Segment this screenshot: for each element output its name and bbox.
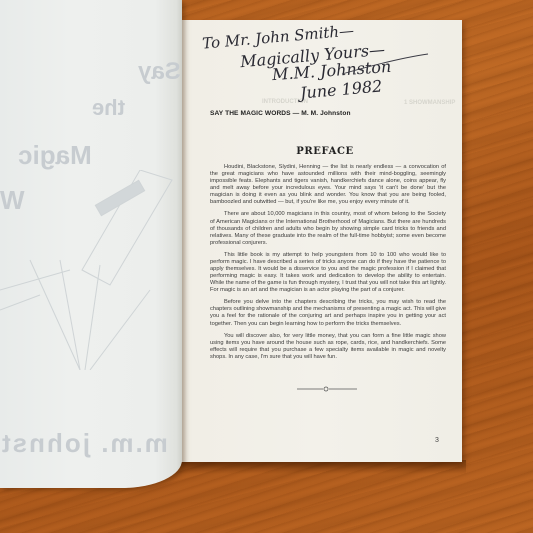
show-through-title-word: Magic bbox=[18, 140, 92, 171]
paragraph: Before you delve into the chapters descr… bbox=[210, 299, 446, 327]
page-shadow bbox=[176, 460, 466, 474]
paragraph: You will discover also, for very little … bbox=[210, 333, 446, 361]
show-through-title-word: the bbox=[92, 95, 125, 121]
show-through-cards-illustration bbox=[0, 170, 182, 370]
show-through-author: m.m. johnst bbox=[0, 428, 168, 459]
running-head: SAY THE MAGIC WORDS — M. M. Johnston bbox=[210, 110, 351, 117]
paragraph: This little book is my attempt to help y… bbox=[210, 252, 446, 294]
show-through-toc-item: 1 SHOWMANSHIP bbox=[404, 100, 455, 106]
page-number: 3 bbox=[435, 437, 439, 444]
section-divider-ornament bbox=[297, 386, 357, 392]
paragraph: Houdini, Blackstone, Slydini, Henning — … bbox=[210, 164, 446, 206]
signature-flourish bbox=[340, 48, 430, 78]
page-title: PREFACE bbox=[190, 146, 460, 157]
preface-body: Houdini, Blackstone, Slydini, Henning — … bbox=[210, 164, 446, 366]
paragraph: There are about 10,000 magicians in this… bbox=[210, 211, 446, 246]
show-through-title-word: Say bbox=[138, 58, 181, 86]
left-page: Say the Magic W m.m. johnst bbox=[0, 0, 182, 488]
